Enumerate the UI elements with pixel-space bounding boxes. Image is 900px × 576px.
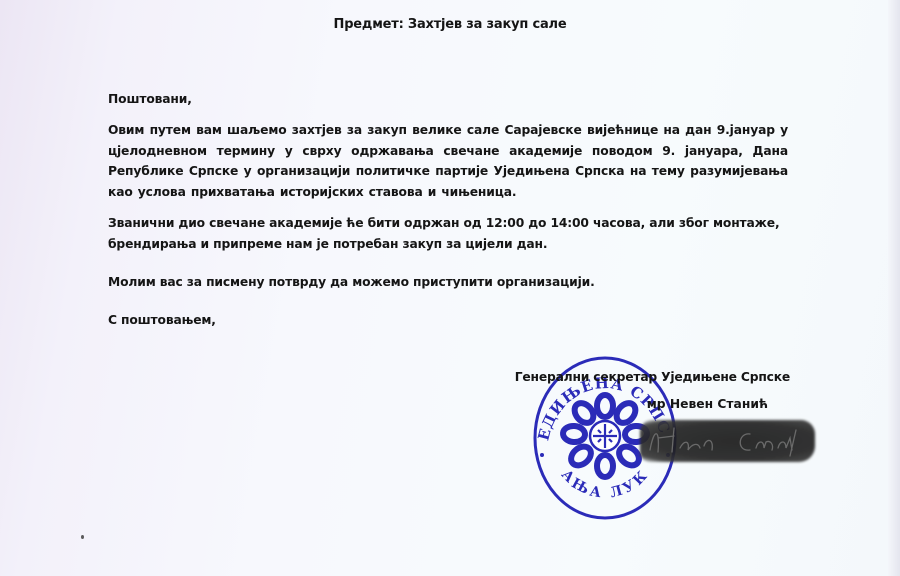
closing: С поштовањем, (108, 310, 788, 331)
subject-text: Захтјев за закуп сале (408, 17, 567, 32)
paragraph-confirmation: Молим вас за писмену потврду да можемо п… (108, 272, 788, 293)
handwritten-signature-icon (640, 420, 815, 462)
greeting: Поштовани, (108, 89, 788, 110)
paper-speck (81, 535, 84, 539)
signatory-title: Генерални секретар Уједињене Српске (515, 370, 790, 384)
paragraph-schedule: Званични дио свечане академије ће бити о… (108, 213, 788, 254)
subject-line: Предмет: Захтјев за закуп сале (0, 17, 900, 32)
page-edge-shadow (888, 0, 900, 576)
paragraph-request: Овим путем вам шаљемо захтјев за закуп в… (108, 120, 788, 202)
signature-block: Генерални секретар Уједињене Српске мр Н… (515, 370, 790, 411)
subject-label: Предмет: (334, 17, 404, 32)
signatory-name: мр Невен Станић (515, 397, 768, 411)
